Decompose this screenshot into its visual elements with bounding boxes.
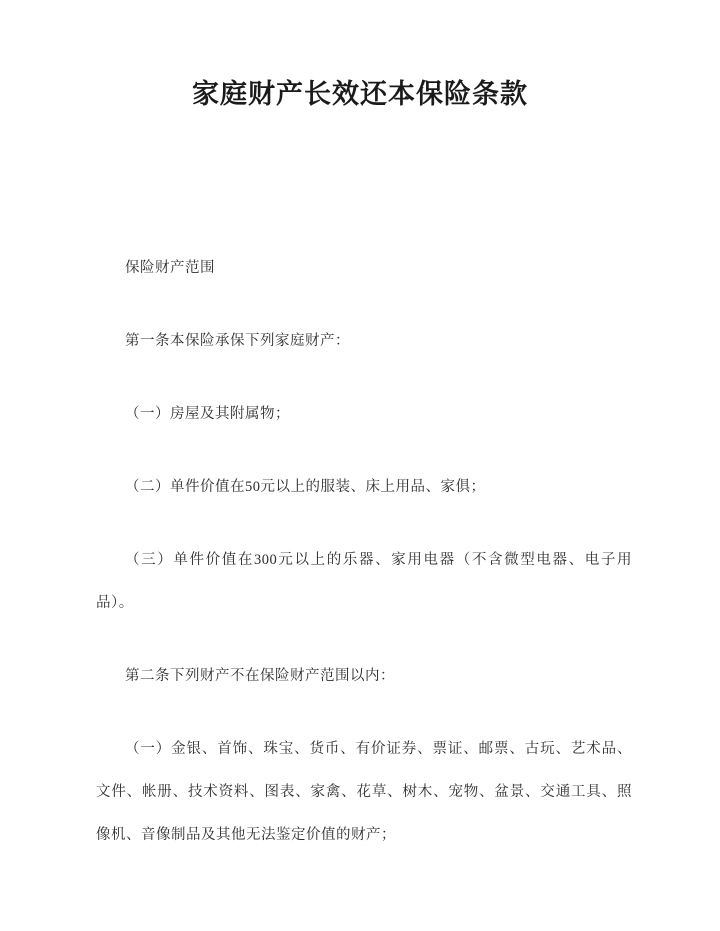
paragraph-article-2-item-1: （一）金银、首饰、珠宝、货币、有价证券、票证、邮票、古玩、艺术品、文件、帐册、技… <box>96 728 632 857</box>
paragraph-section-heading: 保险财产范围 <box>96 247 632 290</box>
paragraph-article-1-item-1: （一）房屋及其附属物； <box>96 393 632 436</box>
document-page: 家庭财产长效还本保险条款 保险财产范围 第一条本保险承保下列家庭财产： （一）房… <box>0 0 720 931</box>
paragraph-article-1-item-3: （三）单件价值在300元以上的乐器、家用电器（不含微型电器、电子用品）。 <box>96 539 632 625</box>
paragraph-article-1: 第一条本保险承保下列家庭财产： <box>96 320 632 363</box>
paragraph-article-2: 第二条下列财产不在保险财产范围以内： <box>96 655 632 698</box>
paragraph-article-1-item-2: （二）单件价值在50元以上的服装、床上用品、家俱； <box>96 466 632 509</box>
document-title: 家庭财产长效还本保险条款 <box>0 0 720 110</box>
document-body: 保险财产范围 第一条本保险承保下列家庭财产： （一）房屋及其附属物； （二）单件… <box>96 247 632 857</box>
